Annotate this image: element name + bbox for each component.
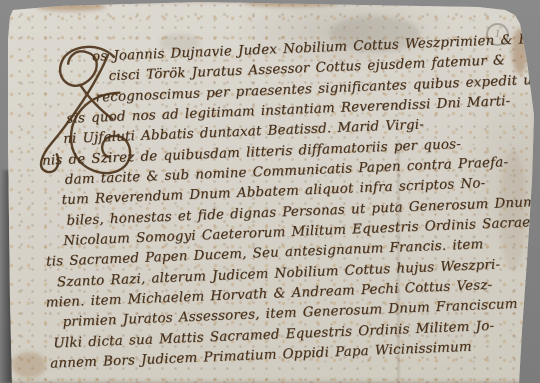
manuscript-photo: 1 os Joannis Dujnavie Judex Nobilium Cot… [0, 0, 540, 383]
handwritten-text-block: os Joannis Dujnavie Judex Nobilium Cottu… [22, 30, 540, 376]
stain [244, 0, 339, 7]
text-lines: os Joannis Dujnavie Judex Nobilium Cottu… [30, 30, 540, 375]
paper-sheet: 1 os Joannis Dujnavie Judex Nobilium Cot… [0, 0, 540, 383]
stain [36, 2, 106, 11]
